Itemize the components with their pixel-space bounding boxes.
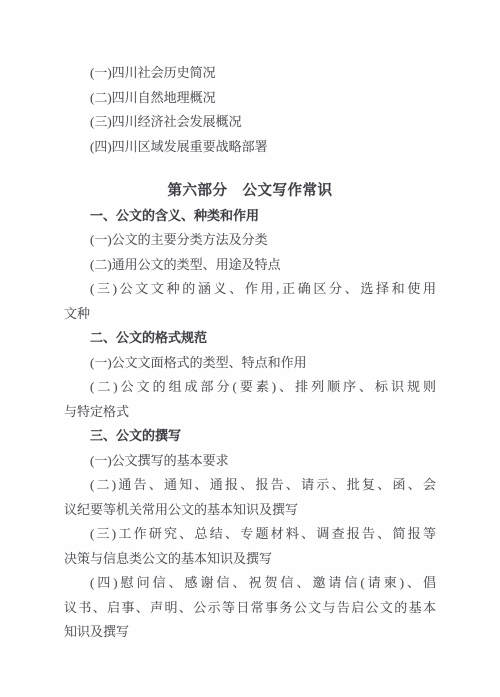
text-line: (二)公文的组成部分(要素)、排列顺序、标识规则 [64, 375, 436, 400]
outline-item: (三)工作研究、总结、专题材料、调查报告、简报等决策与信息类公文的基本知识及撰写 [64, 522, 436, 571]
text-line: (四)四川区域发展重要战略部署 [64, 135, 436, 160]
outline-item: (二)四川自然地理概况 [64, 86, 436, 111]
outline-item: (二)通告、通知、通报、报告、请示、批复、函、会议纪要等机关常用公文的基本知识及… [64, 473, 436, 522]
outline-item: (一)公文文面格式的类型、特点和作用 [64, 351, 436, 376]
outline-item: (一)四川社会历史简况 [64, 61, 436, 86]
outline-item: (三)四川经济社会发展概况 [64, 110, 436, 135]
outline-item: (一)公文的主要分类方法及分类 [64, 228, 436, 253]
part-title: 第六部分 公文写作常识 [64, 179, 436, 204]
outline-item: (二)公文的组成部分(要素)、排列顺序、标识规则与特定格式 [64, 375, 436, 424]
text-line: (一)四川社会历史简况 [64, 61, 436, 86]
text-line: (三)公文文种的涵义、作用,正确区分、选择和使用 [64, 277, 436, 302]
text-line: (一)公文的主要分类方法及分类 [64, 228, 436, 253]
text-line: 与特定格式 [64, 400, 436, 425]
text-line: 议书、启事、声明、公示等日常事务公文与告启公文的基本 [64, 596, 436, 621]
outline-item: (四)四川区域发展重要战略部署 [64, 135, 436, 160]
document-page: (一)四川社会历史简况(二)四川自然地理概况(三)四川经济社会发展概况(四)四川… [0, 0, 500, 697]
text-line: (二)通告、通知、通报、报告、请示、批复、函、会 [64, 473, 436, 498]
text-line: (二)通用公文的类型、用途及特点 [64, 253, 436, 278]
text-line: 二、公文的格式规范 [64, 326, 436, 351]
outline-item: (三)公文文种的涵义、作用,正确区分、选择和使用文种 [64, 277, 436, 326]
outline-item: (四)慰问信、感谢信、祝贺信、邀请信(请柬)、倡议书、启事、声明、公示等日常事务… [64, 571, 436, 645]
text-line: 一、公文的含义、种类和作用 [64, 204, 436, 229]
text-line: (四)慰问信、感谢信、祝贺信、邀请信(请柬)、倡 [64, 571, 436, 596]
text-line: (三)四川经济社会发展概况 [64, 110, 436, 135]
text-line: 议纪要等机关常用公文的基本知识及撰写 [64, 498, 436, 523]
text-line: 决策与信息类公文的基本知识及撰写 [64, 547, 436, 572]
section-heading: 二、公文的格式规范 [64, 326, 436, 351]
text-line: (三)工作研究、总结、专题材料、调查报告、简报等 [64, 522, 436, 547]
text-line: (二)四川自然地理概况 [64, 86, 436, 111]
outline-item: (二)通用公文的类型、用途及特点 [64, 253, 436, 278]
text-line: (一)公文文面格式的类型、特点和作用 [64, 351, 436, 376]
document-body: (一)四川社会历史简况(二)四川自然地理概况(三)四川经济社会发展概况(四)四川… [64, 61, 436, 645]
text-line: 知识及撰写 [64, 620, 436, 645]
section-heading: 三、公文的撰写 [64, 424, 436, 449]
text-line: (一)公文撰写的基本要求 [64, 449, 436, 474]
text-line: 文种 [64, 302, 436, 327]
text-line: 第六部分 公文写作常识 [64, 179, 436, 204]
section-heading: 一、公文的含义、种类和作用 [64, 204, 436, 229]
outline-item: (一)公文撰写的基本要求 [64, 449, 436, 474]
text-line: 三、公文的撰写 [64, 424, 436, 449]
